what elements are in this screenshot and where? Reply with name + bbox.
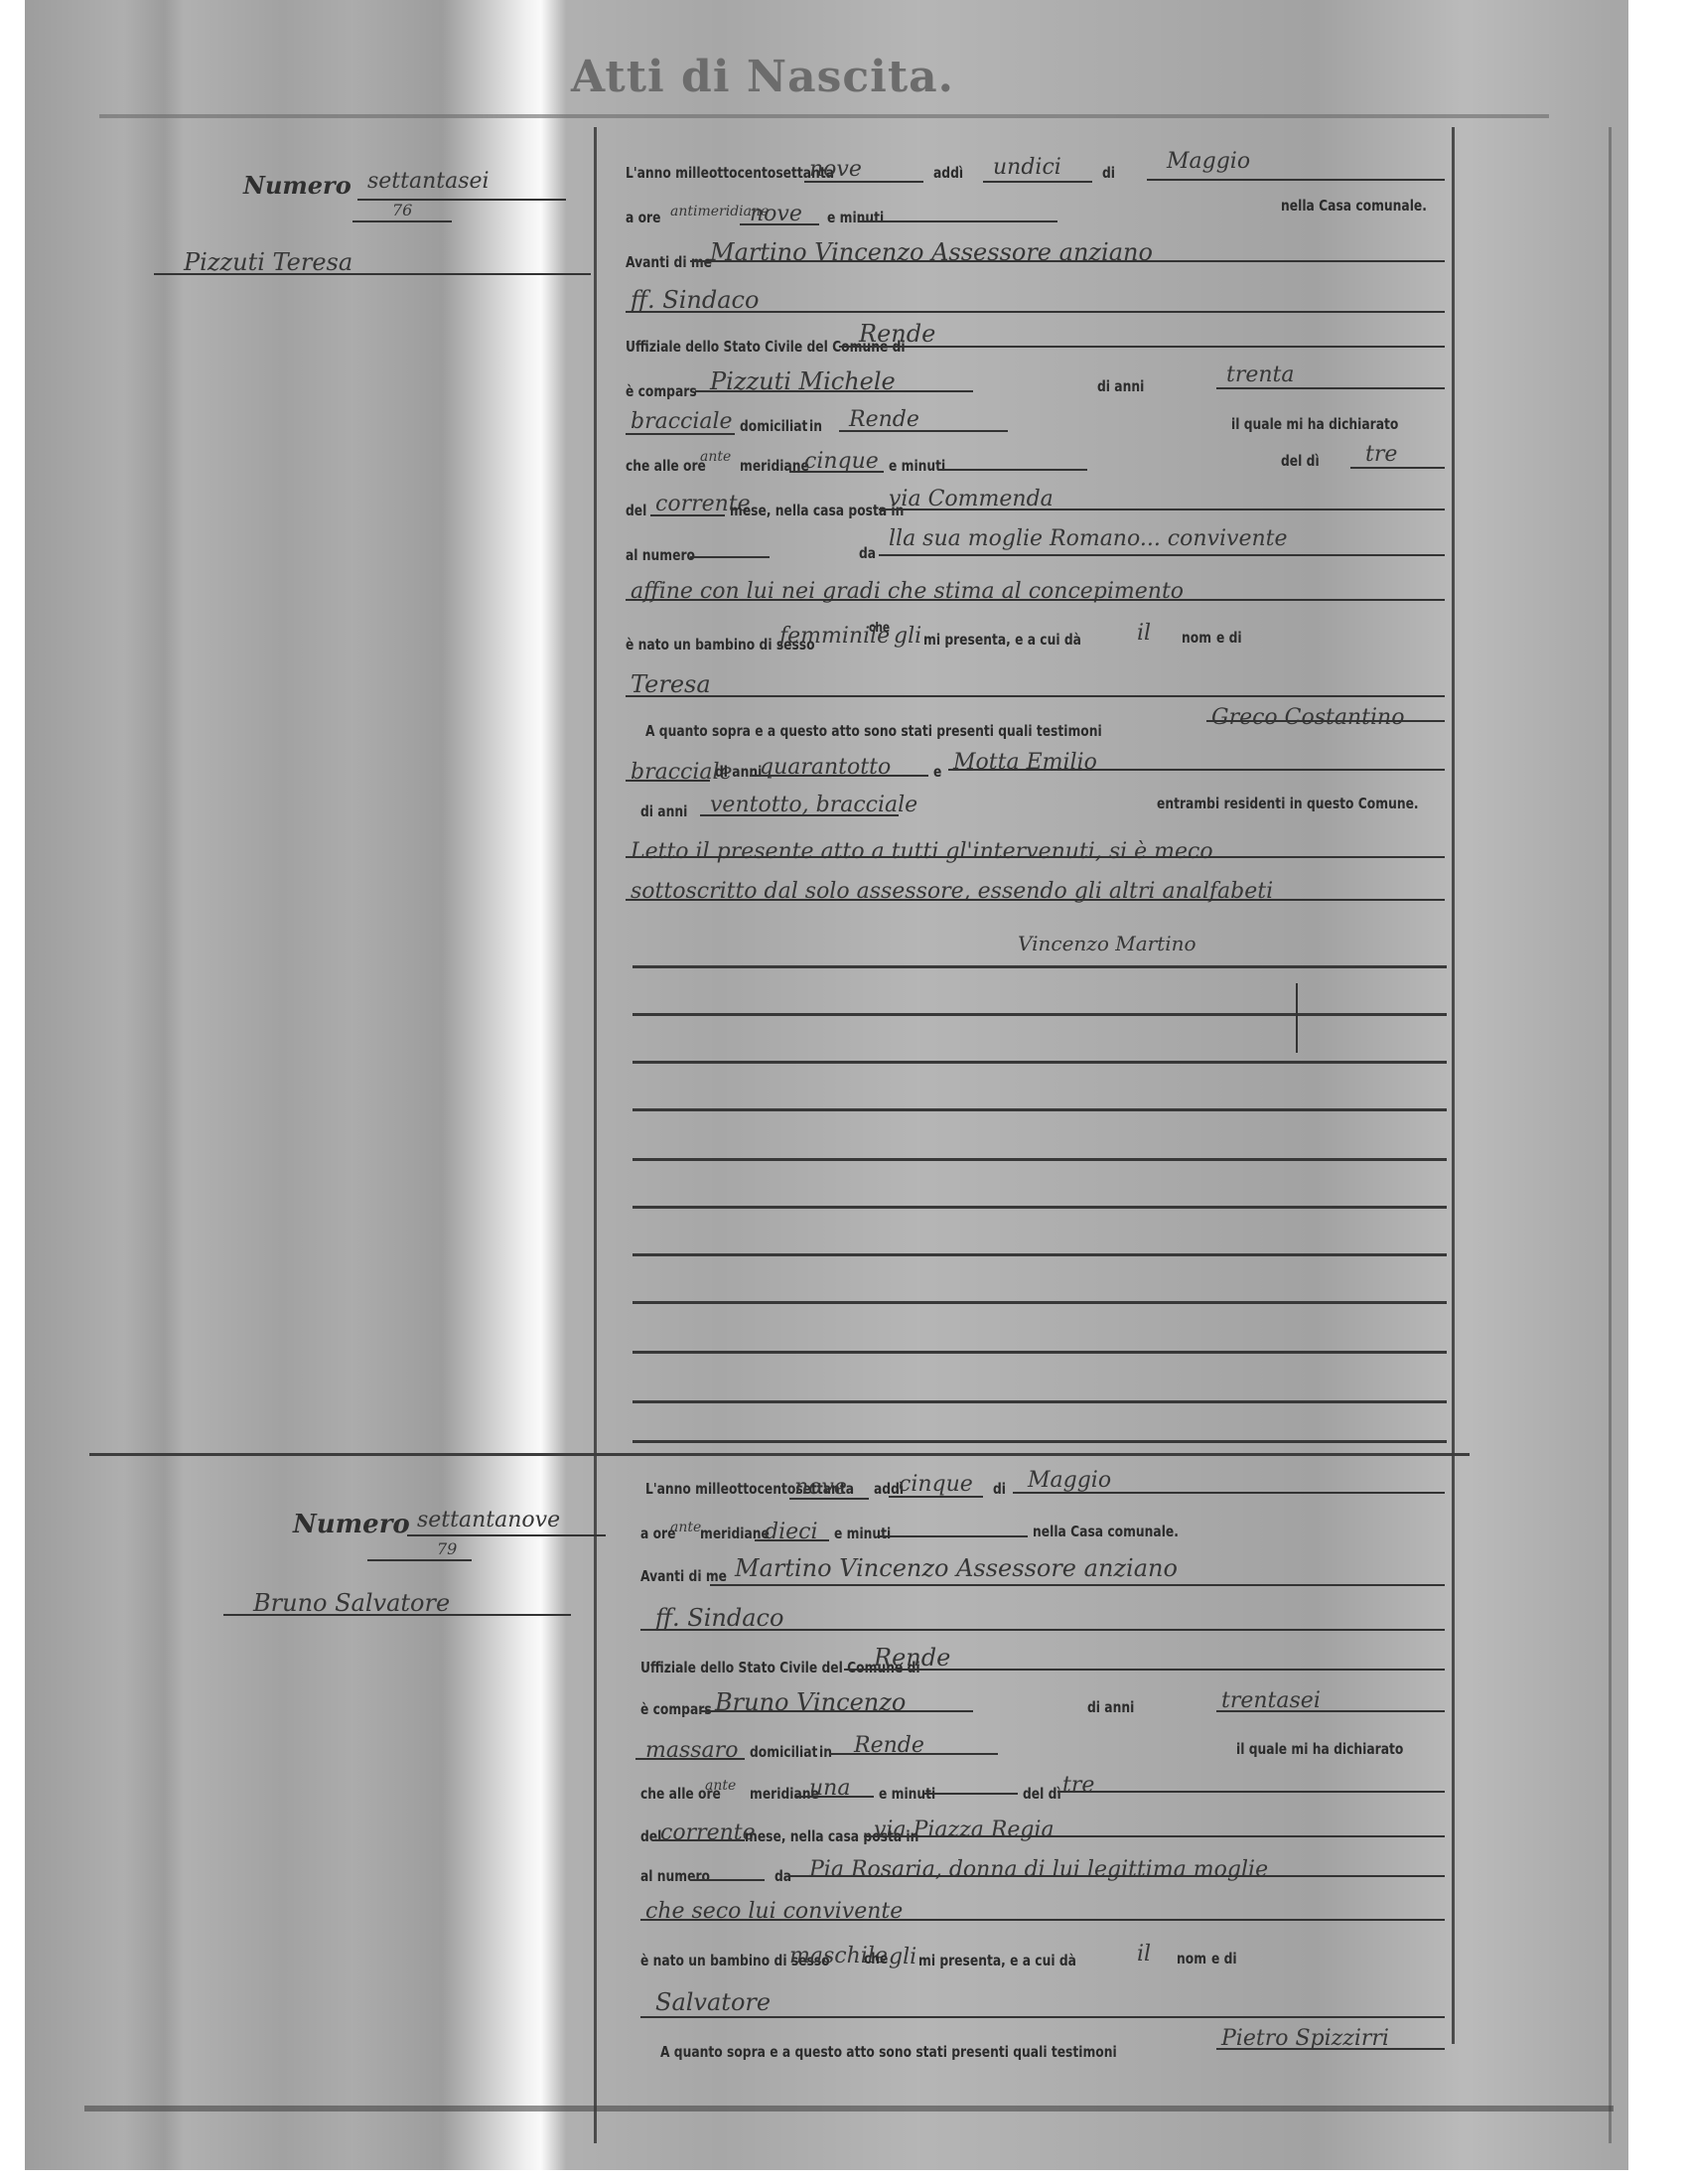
l8-day-line <box>1350 467 1445 469</box>
l7-in: in <box>819 1743 832 1761</box>
l12-che: che <box>864 1950 888 1967</box>
l1-day-line <box>983 181 1092 183</box>
l12-il: il <box>1137 1942 1151 1966</box>
l1-year: nove <box>809 157 862 182</box>
l1-di: di <box>993 1480 1006 1498</box>
margin-name: Pizzuti Teresa <box>184 248 352 276</box>
l1-text: L'anno milleottocentosettanta <box>626 164 834 182</box>
l4-line <box>626 311 1445 313</box>
l10-da: da <box>859 544 876 562</box>
l9-value: corrente <box>660 1820 756 1845</box>
numero-sub-underline <box>367 1559 472 1561</box>
l2-minuti: e minuti <box>834 1525 891 1542</box>
ruled-line <box>633 965 1447 968</box>
margin-name-underline <box>223 1614 571 1616</box>
l12-presenta: mi presenta, e a cui dà <box>923 631 1081 649</box>
act-divider <box>89 1453 1470 1456</box>
l6-line <box>700 1710 973 1712</box>
l14-text: A quanto sopra e a questo atto sono stat… <box>645 722 1102 740</box>
l8-deldi: del dì <box>1281 452 1320 470</box>
l4-value: ff. Sindaco <box>631 286 759 314</box>
l13-line <box>626 695 1445 697</box>
l2-hour-line <box>740 223 819 225</box>
l5-value: Rende <box>859 320 935 348</box>
l13-line <box>640 2016 1445 2018</box>
l8-hour-line <box>789 471 884 473</box>
l7-domiciliat: domiciliat <box>750 1743 817 1761</box>
l6-anni: di anni <box>1087 1698 1134 1716</box>
l9-text: del <box>626 502 646 519</box>
l1-day: cinque <box>899 1472 973 1497</box>
l8-ante: ante <box>700 449 731 465</box>
numero-value: settantasei <box>367 169 490 194</box>
l6-age-line <box>1216 387 1445 389</box>
l10-text: al numero <box>626 546 695 564</box>
l13-value: Teresa <box>631 670 711 698</box>
l16-residenti: entrambi residenti in questo Comune. <box>1157 795 1419 812</box>
l12-edi: e di <box>1216 629 1242 647</box>
l9-line <box>650 514 725 516</box>
l7-place-line <box>839 430 1008 432</box>
l5-value: Rende <box>874 1644 950 1672</box>
ruled-line <box>633 1206 1447 1209</box>
bottom-rule <box>84 2106 1614 2111</box>
l11-line <box>626 599 1445 601</box>
l8-minuti-line <box>923 1793 1018 1795</box>
document-page: Atti di Nascita. Numero settantasei 76 P… <box>25 0 1628 2170</box>
l1-month-line <box>1013 1492 1445 1494</box>
l1-month: Maggio <box>1028 1468 1111 1493</box>
l7-domiciliat: domiciliat <box>740 417 807 435</box>
l3-text: Avanti di me <box>626 253 712 271</box>
l14-line <box>1206 720 1445 722</box>
numero-sub: 79 <box>437 1539 457 1558</box>
l2-casa: nella Casa comunale. <box>1281 197 1427 215</box>
title-rule <box>99 114 1549 118</box>
l11-line <box>640 1919 1445 1921</box>
l3-line <box>710 1584 1445 1586</box>
l1-year: nove <box>794 1475 847 1500</box>
l12-edi: e di <box>1211 1950 1237 1967</box>
l12-nom: nom <box>1177 1950 1206 1967</box>
l1-month: Maggio <box>1167 149 1250 174</box>
l8-text: che alle ore <box>626 457 706 475</box>
frame-left-border <box>594 127 597 2143</box>
l15-value2: Motta Emilio <box>953 750 1097 775</box>
l6-anni: di anni <box>1097 377 1144 395</box>
l9-text: del <box>640 1827 661 1845</box>
margin-name: Bruno Salvatore <box>253 1589 450 1617</box>
l16-line <box>700 814 899 816</box>
l10-line <box>789 1875 1445 1877</box>
l7-line <box>635 1758 745 1760</box>
l17-line <box>626 856 1445 858</box>
l5-line <box>844 1669 1445 1671</box>
l2-hour-line <box>755 1539 829 1541</box>
l7-line <box>626 433 735 435</box>
l3-value: Martino Vincenzo Assessore anziano <box>735 1554 1178 1582</box>
l12-il: il <box>1137 621 1151 646</box>
l1-addi: addì <box>933 164 963 182</box>
l2-text: a ore <box>626 209 660 226</box>
l18-line <box>626 899 1445 901</box>
l10-line <box>879 554 1445 556</box>
l1-year-line <box>804 181 923 183</box>
l8-ante: ante <box>705 1778 736 1794</box>
l7-place: Rende <box>849 407 919 432</box>
l6-line <box>695 390 973 392</box>
l10-value: Pia Rosaria, donna di lui legittima mogl… <box>809 1857 1268 1882</box>
ruled-line <box>633 1253 1447 1256</box>
l14-text: A quanto sopra e a questo atto sono stat… <box>660 2043 1117 2061</box>
numero-value: settantanove <box>417 1508 560 1532</box>
l7-in: in <box>809 417 822 435</box>
l16-text: di anni <box>640 802 687 820</box>
numero-sub: 76 <box>392 201 412 219</box>
l10-value: lla sua moglie Romano... convivente <box>889 526 1288 551</box>
l9-line <box>655 1839 745 1841</box>
l7-place-line <box>829 1753 998 1755</box>
l2-mer: ante <box>670 1520 701 1535</box>
l5-line <box>839 346 1445 348</box>
l12-nom: nom <box>1182 629 1211 647</box>
signature-stroke <box>1296 983 1298 1053</box>
numero-label: Numero <box>243 171 352 200</box>
ruled-line <box>633 1400 1447 1403</box>
l15-e: e <box>933 763 941 781</box>
l14-line <box>1216 2048 1445 2050</box>
l2-casa: nella Casa comunale. <box>1033 1523 1179 1540</box>
ruled-line <box>633 1440 1447 1443</box>
l12-gli: gli <box>889 1945 916 1969</box>
l8-minuti: e minuti <box>889 457 945 475</box>
ruled-line <box>633 1301 1447 1304</box>
l7-dichiarato: il quale mi ha dichiarato <box>1231 415 1398 433</box>
l3-line <box>690 260 1445 262</box>
l8-day: tre <box>1365 442 1397 467</box>
l9-street-line <box>864 1835 1445 1837</box>
l17-value: Letto il presente atto a tutti gl'interv… <box>631 839 1213 864</box>
l6-text: è compars <box>626 382 697 400</box>
l2-minuti-line <box>879 1535 1028 1537</box>
ruled-line <box>633 1013 1447 1016</box>
l9-casa: mese, nella casa posta in <box>730 502 904 519</box>
l15-anni: di anni <box>715 763 762 781</box>
l2-minuti: e minuti <box>827 209 884 226</box>
page-title: Atti di Nascita. <box>571 52 1067 102</box>
l15-line <box>626 780 710 782</box>
l12-gli: gli <box>894 624 921 649</box>
l4-line <box>640 1629 1445 1631</box>
outer-right-border <box>1609 127 1612 2143</box>
l6-text: è compars <box>640 1700 712 1718</box>
l8-deldi: del dì <box>1023 1785 1061 1803</box>
l4-value: ff. Sindaco <box>655 1604 783 1632</box>
l8-minuti-line <box>938 469 1087 471</box>
l15-value2-line <box>948 769 1445 771</box>
l1-day: undici <box>993 155 1061 180</box>
l9-street: via Piazza Regia <box>874 1818 1055 1842</box>
l9-street-line <box>879 509 1445 510</box>
l14-value: Greco Costantino <box>1211 705 1404 730</box>
l1-day-line <box>889 1496 983 1498</box>
l2-minuti-line <box>859 220 1057 222</box>
l7-value: bracciale <box>631 409 733 434</box>
l10-numero-line <box>690 1879 765 1881</box>
ruled-line <box>633 1061 1447 1064</box>
ruled-line <box>633 1351 1447 1354</box>
l10-numero-line <box>690 556 770 558</box>
l15-age-line <box>750 775 928 777</box>
l12-presenta: mi presenta, e a cui dà <box>918 1952 1076 1969</box>
l10-text: al numero <box>640 1867 710 1885</box>
numero-underline <box>407 1534 606 1536</box>
ruled-line <box>633 1108 1447 1111</box>
l1-month-line <box>1147 179 1445 181</box>
l8-day: tre <box>1062 1773 1094 1798</box>
l3-text: Avanti di me <box>640 1567 727 1585</box>
l1-year-line <box>789 1498 869 1500</box>
l12-che: che <box>869 621 890 636</box>
l6-age-line <box>1216 1710 1445 1712</box>
numero-sub-underline <box>352 220 452 222</box>
l6-age: trenta <box>1226 363 1295 387</box>
l8-day-line <box>1057 1791 1445 1793</box>
l13-value: Salvatore <box>655 1988 771 2016</box>
officer-signature: Vincenzo Martino <box>1018 932 1196 955</box>
numero-underline <box>357 199 566 201</box>
l8-hour-line <box>794 1796 874 1798</box>
l7-dichiarato: il quale mi ha dichiarato <box>1236 1740 1403 1758</box>
numero-label: Numero <box>293 1510 410 1539</box>
frame-right-border <box>1452 127 1455 2044</box>
margin-name-underline <box>154 273 591 275</box>
ruled-line <box>633 1158 1447 1161</box>
l1-di: di <box>1102 164 1115 182</box>
